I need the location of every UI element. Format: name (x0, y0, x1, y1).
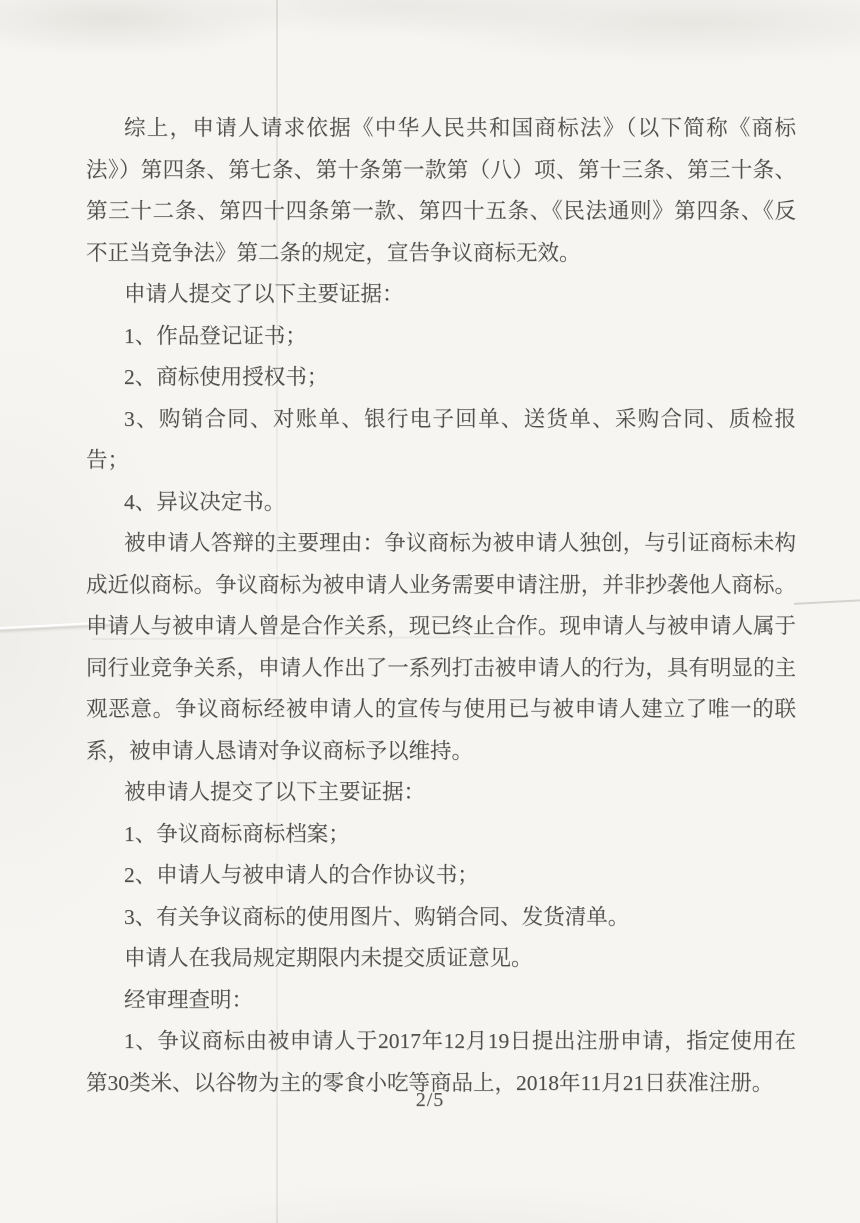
text-line: 1、争议商标由被申请人于2017年12月19日提出注册申请，指定使用在 (86, 1021, 796, 1063)
text-line: 4、异议决定书。 (86, 482, 796, 524)
page-number: 2/5 (0, 1089, 860, 1112)
right-fold-crease (794, 599, 860, 605)
text-line: 申请人提交了以下主要证据： (86, 274, 796, 316)
text-line: 申请人在我局规定期限内未提交质证意见。 (86, 938, 796, 980)
scanned-document-page: 综上，申请人请求依据《中华人民共和国商标法》（以下简称《商标法》）第四条、第七条… (0, 0, 860, 1223)
text-line: 2、商标使用授权书； (86, 357, 796, 399)
text-line: 经审理查明： (86, 980, 796, 1022)
text-line: 同行业竞争关系，申请人作出了一系列打击被申请人的行为，具有明显的主 (86, 648, 796, 690)
text-line: 告； (86, 440, 796, 482)
text-line: 申请人与被申请人曾是合作关系，现已终止合作。现申请人与被申请人属于 (86, 606, 796, 648)
text-line: 第三十二条、第四十四条第一款、第四十五条、《民法通则》第四条、《反 (86, 191, 796, 233)
text-line: 1、作品登记证书； (86, 316, 796, 358)
text-line: 成近似商标。争议商标为被申请人业务需要申请注册，并非抄袭他人商标。 (86, 565, 796, 607)
text-line: 被申请人答辩的主要理由：争议商标为被申请人独创，与引证商标未构 (86, 523, 796, 565)
text-line: 3、有关争议商标的使用图片、购销合同、发货清单。 (86, 897, 796, 939)
text-line: 1、争议商标商标档案； (86, 814, 796, 856)
text-line: 法》）第四条、第七条、第十条第一款第（八）项、第十三条、第三十条、 (86, 150, 796, 192)
text-line: 2、申请人与被申请人的合作协议书； (86, 855, 796, 897)
document-body: 综上，申请人请求依据《中华人民共和国商标法》（以下简称《商标法》）第四条、第七条… (86, 108, 796, 1104)
text-line: 3、购销合同、对账单、银行电子回单、送货单、采购合同、质检报 (86, 399, 796, 441)
text-line: 综上，申请人请求依据《中华人民共和国商标法》（以下简称《商标 (86, 108, 796, 150)
text-line: 观恶意。争议商标经被申请人的宣传与使用已与被申请人建立了唯一的联 (86, 689, 796, 731)
text-line: 系，被申请人恳请对争议商标予以维持。 (86, 731, 796, 773)
text-line: 不正当竞争法》第二条的规定，宣告争议商标无效。 (86, 233, 796, 275)
text-line: 被申请人提交了以下主要证据： (86, 772, 796, 814)
